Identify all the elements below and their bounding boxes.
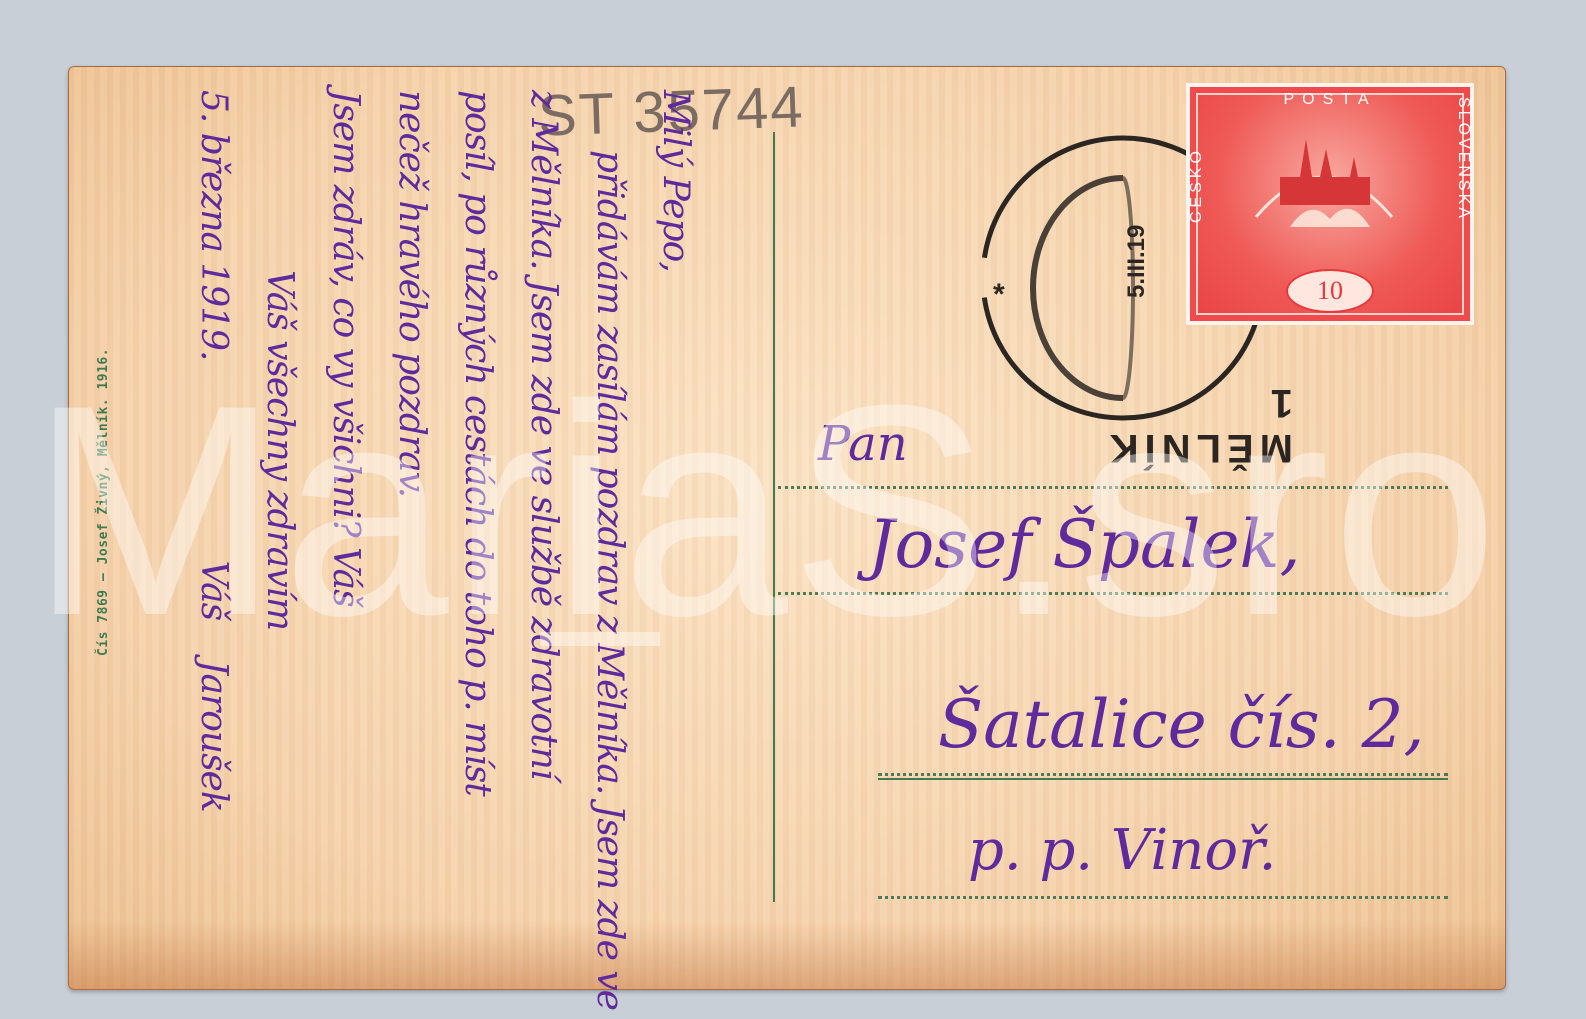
address-line [778,486,1448,489]
message-signature: Jaroušek [180,660,246,812]
address-post: p. p. Vinoř. [968,818,1276,883]
message-line: Milý Pepo, [642,90,708,890]
message-date: 5. března 1919. [180,90,246,360]
watermark-underline [540,632,660,646]
message-line: z Mělníka. Jsem zde ve službě zdravotní [510,90,576,890]
handwritten-message: Milý Pepo, přidávám zasílám pozdrav z Mě… [88,90,708,890]
address-line [878,896,1448,899]
postmark-date: 5.III.19 [1123,225,1151,298]
stamp-left-text: ČESKO [1188,147,1206,223]
stamp-right-text: SLOVENSKÁ [1454,97,1472,221]
message-line: nečež hravého pozdrav. [378,90,444,890]
message-line: Váš všechny zdravím [246,90,312,890]
message-closing: Váš [180,400,246,620]
postcard: ST 35744 Čís 7869 — Josef Živný, Mělník.… [68,66,1506,990]
message-line: posíl, po různých cestách do toho p. mís… [444,90,510,890]
hradcany-castle-icon [1250,127,1398,247]
postage-stamp: POSTA ČESKO SLOVENSKÁ 10 [1186,83,1474,325]
stamp-value: 10 [1286,269,1374,313]
address-name: Josef Špalek, [868,506,1300,583]
address-salutation: Pan [818,416,908,472]
address-street: Šatalice čís. 2, [938,686,1425,763]
address-line [878,778,1448,780]
center-divider [773,132,775,902]
address-line [778,592,1448,595]
postmark-town: MĚLNÍK 1 [1073,380,1293,470]
message-line: přidávám zasílám pozdrav z Mělníka. Jsem… [576,90,642,890]
stamp-top-text: POSTA [1190,91,1470,109]
postmark-star: * [993,278,1005,312]
message-line: Jsem zdráv, co vy všichni? Váš [312,90,378,890]
edge-stain [68,920,1506,990]
